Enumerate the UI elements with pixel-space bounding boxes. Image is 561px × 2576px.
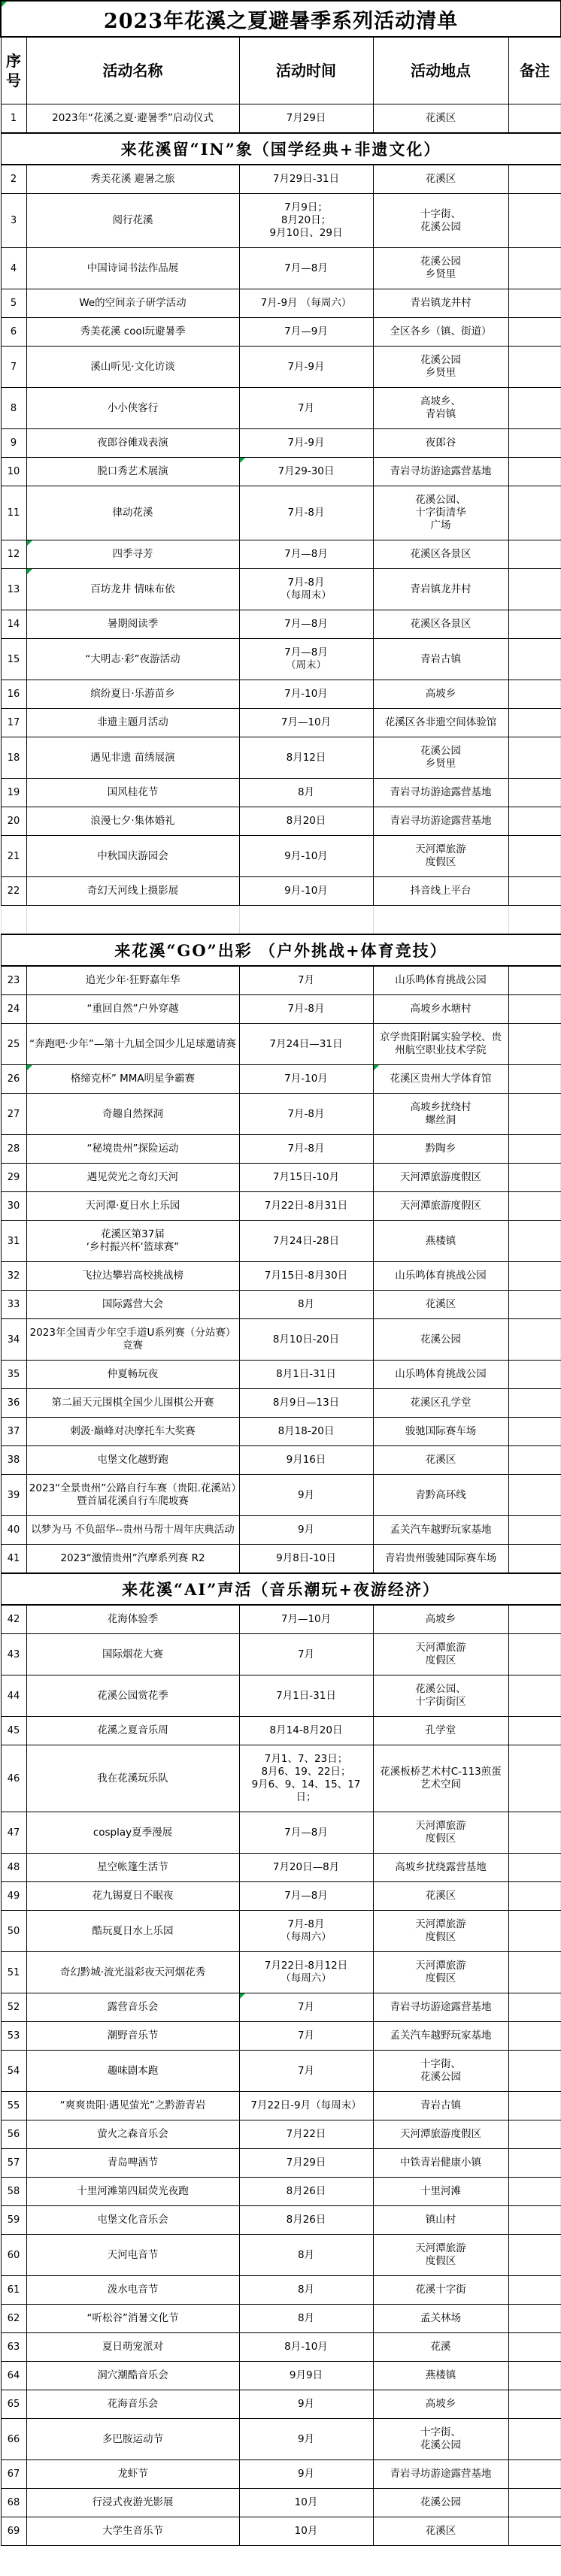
cell-place: 高坡乡 (373, 1605, 508, 1634)
section-header-row: 来花溪留“IN”象（国学经典+非遗文化） (1, 133, 561, 165)
cell-note (508, 2022, 561, 2051)
cell-no: 3 (1, 194, 26, 248)
cell-place: 高坡乡 (373, 2390, 508, 2419)
cell-time: 8月 (239, 779, 373, 807)
table-row: 25“奔跑吧·少年”—第十九届全国少儿足球邀请赛7月24日—31日京学贵阳附属实… (1, 1024, 561, 1065)
cell-name: 国际烟花大赛 (26, 1634, 239, 1675)
cell-place: 青黔高环线 (373, 1475, 508, 1516)
cell-place: 青岩寻坊游途露营基地 (373, 1993, 508, 2022)
cell-place: 山乐鸣体育挑战公园 (373, 1262, 508, 1291)
table-row: 49花九锡夏日不眠夜7月—8月花溪区 (1, 1882, 561, 1911)
cell-name: 中国诗词书法作品展 (26, 248, 239, 289)
cell-name: 花海体验季 (26, 1605, 239, 1634)
cell-time: 7月 (239, 1634, 373, 1675)
cell-no: 9 (1, 429, 26, 458)
cell-name: 青岛啤酒节 (26, 2149, 239, 2178)
cell-place: 花溪区 (373, 165, 508, 194)
cell-note (508, 2419, 561, 2460)
cell-note (508, 1854, 561, 1882)
cell-note (508, 680, 561, 709)
cell-no: 48 (1, 1854, 26, 1882)
table-row: 67龙虾节9月青岩寻坊游途露营基地 (1, 2460, 561, 2489)
cell-note (508, 1475, 561, 1516)
cell-no: 27 (1, 1094, 26, 1135)
cell-time: 7月-9月 （每周六） (239, 289, 373, 318)
cell-place: 高坡乡、 青岩镇 (373, 388, 508, 429)
table-row: 53潮野音乐节7月孟关汽车越野玩家基地 (1, 2022, 561, 2051)
cell-place: 青岩镇龙井村 (373, 569, 508, 610)
cell-time: 7月—10月 (239, 709, 373, 737)
cell-note (508, 248, 561, 289)
cell-name: 十里河滩第四届荧光夜跑 (26, 2178, 239, 2206)
cell-note (508, 2149, 561, 2178)
cell-name: 屯堡文化越野跑 (26, 1446, 239, 1475)
cell-note (508, 318, 561, 347)
cell-time: 7月—8月 （周末） (239, 639, 373, 680)
cell-name: 缤纷夏日·乐游苗乡 (26, 680, 239, 709)
cell-time: 8月20日 (239, 807, 373, 836)
cell-name: 酷玩夏日水上乐园 (26, 1911, 239, 1952)
cell-name: 小小侠客行 (26, 388, 239, 429)
cell-place: 花溪公园 乡贤里 (373, 248, 508, 289)
column-header-place: 活动地点 (373, 37, 508, 104)
cell-time: 7月 (239, 1993, 373, 2022)
cell-name: 国际露营大会 (26, 1291, 239, 1319)
cell-no: 53 (1, 2022, 26, 2051)
section-header: 来花溪“AI”声活（音乐潮玩+夜游经济） (1, 1573, 561, 1605)
cell-no: 28 (1, 1135, 26, 1164)
cell-name: 天河电音节 (26, 2235, 239, 2276)
cell-note (508, 2489, 561, 2517)
table-row: 392023“全景贵州”公路自行车赛（贵阳.花溪站）暨首届花溪自行车爬坡赛9月青… (1, 1475, 561, 1516)
cell-place: 天河潭旅游 度假区 (373, 1911, 508, 1952)
table-row: 44花溪公园赏花季7月1日-31日花溪公园、 十字街街区 (1, 1675, 561, 1717)
cell-name: 遇见荧光之奇幻天河 (26, 1164, 239, 1192)
cell-time: 9月 (239, 1475, 373, 1516)
cell-place: 花溪区 (373, 2517, 508, 2546)
cell-no: 65 (1, 2390, 26, 2419)
table-row: 40以梦为马 不负韶华--贵州马帮十周年庆典活动9月孟关汽车越野玩家基地 (1, 1516, 561, 1545)
cell-place: 黔陶乡 (373, 1135, 508, 1164)
cell-name: “大明志·彩”夜游活动 (26, 639, 239, 680)
comment-flag-icon (27, 540, 32, 546)
cell-no: 37 (1, 1418, 26, 1446)
cell-no: 42 (1, 1605, 26, 1634)
cell-no: 38 (1, 1446, 26, 1475)
comment-flag-icon (27, 1065, 32, 1070)
cell-note (508, 1319, 561, 1361)
cell-place: 花溪公园 乡贤里 (373, 737, 508, 779)
cell-note (508, 1361, 561, 1389)
cell-note (508, 165, 561, 194)
cell-no: 40 (1, 1516, 26, 1545)
cell-place: 孟关汽车越野玩家基地 (373, 1516, 508, 1545)
cell-time: 10月 (239, 2517, 373, 2546)
comment-flag-icon (240, 458, 245, 463)
section-header-row: 来花溪“AI”声活（音乐潮玩+夜游经济） (1, 1573, 561, 1605)
cell-no: 66 (1, 2419, 26, 2460)
cell-place: 青岩寻坊游途露营基地 (373, 2460, 508, 2489)
cell-name: 奇趣自然探洞 (26, 1094, 239, 1135)
cell-name: 暑期阅读季 (26, 610, 239, 639)
cell-place: 天河潭旅游 度假区 (373, 2235, 508, 2276)
cell-time: 7月1日-31日 (239, 1675, 373, 1717)
spacer-cell (239, 906, 373, 935)
cell-no: 13 (1, 569, 26, 610)
cell-time: 8月 (239, 2235, 373, 2276)
cell-place: 青岩寻坊游途露营基地 (373, 779, 508, 807)
cell-name: 2023年“花溪之夏·避暑季”启动仪式 (26, 104, 239, 134)
cell-name: 2023“全景贵州”公路自行车赛（贵阳.花溪站）暨首届花溪自行车爬坡赛 (26, 1475, 239, 1516)
cell-no: 17 (1, 709, 26, 737)
table-row: 50酷玩夏日水上乐园7月-8月 （每周六）天河潭旅游 度假区 (1, 1911, 561, 1952)
cell-name: 夏日萌宠派对 (26, 2333, 239, 2362)
cell-name: 格缔克杯” MMA明星争霸赛 (26, 1065, 239, 1094)
cell-time: 9月-10月 (239, 836, 373, 877)
cell-no: 4 (1, 248, 26, 289)
activity-table-body: 2023年花溪之夏避暑季系列活动清单 序号 活动名称 活动时间 活动地点 备注 … (1, 1, 561, 2546)
cell-name: 花溪之夏音乐周 (26, 1717, 239, 1745)
activity-table: 2023年花溪之夏避暑季系列活动清单 序号 活动名称 活动时间 活动地点 备注 … (0, 0, 561, 2546)
cell-note (508, 995, 561, 1024)
comment-flag-icon (374, 1065, 379, 1070)
cell-time: 7月24日-28日 (239, 1221, 373, 1262)
cell-place: 高坡乡扰绕村 螺丝洞 (373, 1094, 508, 1135)
cell-no: 62 (1, 2305, 26, 2333)
cell-note (508, 610, 561, 639)
table-row: 22奇幻天河线上摄影展9月-10月抖音线上平台 (1, 877, 561, 906)
cell-name: 星空帐篷生活节 (26, 1854, 239, 1882)
cell-name: 阅行花溪 (26, 194, 239, 248)
cell-time: 7月29日 (239, 104, 373, 134)
cell-place: 中铁青岩健康小镇 (373, 2149, 508, 2178)
cell-place: 花溪区贵州大学体育馆 (373, 1065, 508, 1094)
cell-name: 以梦为马 不负韶华--贵州马帮十周年庆典活动 (26, 1516, 239, 1545)
cell-name: 奇幻黔城·流光溢彩夜天河烟花秀 (26, 1952, 239, 1993)
table-row: 4中国诗词书法作品展7月—8月花溪公园 乡贤里 (1, 248, 561, 289)
cell-place: 天河潭旅游 度假区 (373, 1952, 508, 1993)
cell-place: 花溪公园、 十字街清华 广场 (373, 486, 508, 540)
table-row: 58十里河滩第四届荧光夜跑8月26日十里河滩 (1, 2178, 561, 2206)
cell-time: 7月 (239, 388, 373, 429)
cell-time: 7月22日-8月31日 (239, 1192, 373, 1221)
cell-note (508, 639, 561, 680)
cell-time: 7月-8月 (239, 1094, 373, 1135)
cell-no: 54 (1, 2051, 26, 2092)
table-row: 28“秘境贵州”探险运动7月-8月黔陶乡 (1, 1135, 561, 1164)
cell-place: 天河潭旅游度假区 (373, 1164, 508, 1192)
cell-no: 26 (1, 1065, 26, 1094)
cell-time: 8月26日 (239, 2206, 373, 2235)
cell-time: 7月9日； 8月20日； 9月10日、29日 (239, 194, 373, 248)
table-row: 37刺汲·巅峰对决摩托车大奖赛8月18-20日骏驰国际赛车场 (1, 1418, 561, 1446)
cell-name: 奇幻天河线上摄影展 (26, 877, 239, 906)
comment-flag-icon (2, 2, 7, 7)
cell-note (508, 2092, 561, 2120)
cell-no: 61 (1, 2276, 26, 2305)
cell-time: 7月15日-8月30日 (239, 1262, 373, 1291)
cell-place: 十字街、 花溪公园 (373, 194, 508, 248)
cell-note (508, 2206, 561, 2235)
table-row: 2秀美花溪 避暑之旅7月29日-31日花溪区 (1, 165, 561, 194)
cell-note (508, 1192, 561, 1221)
cell-no: 24 (1, 995, 26, 1024)
spreadsheet: 2023年花溪之夏避暑季系列活动清单 序号 活动名称 活动时间 活动地点 备注 … (0, 0, 561, 2546)
cell-no: 59 (1, 2206, 26, 2235)
cell-no: 5 (1, 289, 26, 318)
table-row: 60天河电音节8月天河潭旅游 度假区 (1, 2235, 561, 2276)
cell-no: 30 (1, 1192, 26, 1221)
column-header-note: 备注 (508, 37, 561, 104)
cell-name: 行浸式夜游光影展 (26, 2489, 239, 2517)
table-row: 342023年全国青少年空手道U系列赛（分站赛）竞赛8月10日-20日花溪公园 (1, 1319, 561, 1361)
cell-no: 21 (1, 836, 26, 877)
cell-note (508, 1024, 561, 1065)
cell-note (508, 1675, 561, 1717)
cell-note (508, 194, 561, 248)
cell-place: 抖音线上平台 (373, 877, 508, 906)
cell-name: 花溪公园赏花季 (26, 1675, 239, 1717)
cell-name: 中秋国庆游园会 (26, 836, 239, 877)
cell-no: 33 (1, 1291, 26, 1319)
table-row: 15“大明志·彩”夜游活动7月—8月 （周末）青岩古镇 (1, 639, 561, 680)
cell-name: 花九锡夏日不眠夜 (26, 1882, 239, 1911)
cell-note (508, 486, 561, 540)
table-row: 14暑期阅读季7月—8月花溪区各景区 (1, 610, 561, 639)
cell-name: “听松谷”消暑文化节 (26, 2305, 239, 2333)
cell-time: 9月 (239, 2460, 373, 2489)
cell-no: 68 (1, 2489, 26, 2517)
comment-flag-icon (240, 1993, 245, 1999)
spacer-cell (1, 906, 26, 935)
cell-time: 7月1、7、23日； 8月6、19、22日； 9月6、9、14、15、17日； (239, 1745, 373, 1812)
cell-note (508, 2333, 561, 2362)
cell-note (508, 2305, 561, 2333)
page-title: 2023年花溪之夏避暑季系列活动清单 (1, 1, 561, 37)
table-row: 13百坊龙井 情味布依7月-8月 （每周末）青岩镇龙井村 (1, 569, 561, 610)
cell-name: 仲夏畅玩夜 (26, 1361, 239, 1389)
cell-place: 山乐鸣体育挑战公园 (373, 966, 508, 995)
cell-place: 高坡乡水塘村 (373, 995, 508, 1024)
table-row: 62“听松谷”消暑文化节8月孟关林场 (1, 2305, 561, 2333)
cell-no: 34 (1, 1319, 26, 1361)
cell-time: 7月-8月 (239, 995, 373, 1024)
cell-no: 23 (1, 966, 26, 995)
cell-name: “奔跑吧·少年”—第十九届全国少儿足球邀请赛 (26, 1024, 239, 1065)
cell-name: 国风桂花节 (26, 779, 239, 807)
cell-place: 镇山村 (373, 2206, 508, 2235)
cell-name: 秀美花溪 避暑之旅 (26, 165, 239, 194)
cell-name: 溪山听见·文化访谈 (26, 347, 239, 388)
cell-time: 8月 (239, 1291, 373, 1319)
cell-time: 7月 (239, 2051, 373, 2092)
cell-time: 10月 (239, 2489, 373, 2517)
cell-note (508, 1262, 561, 1291)
cell-name: 萤火之森音乐会 (26, 2120, 239, 2149)
cell-no: 32 (1, 1262, 26, 1291)
cell-no: 49 (1, 1882, 26, 1911)
cell-time: 8月14-8月20日 (239, 1717, 373, 1745)
column-header-row: 序号 活动名称 活动时间 活动地点 备注 (1, 37, 561, 104)
table-row: 55“爽爽贵阳·遇见萤光”之黔游青岩7月22日-9月（每周末）青岩古镇 (1, 2092, 561, 2120)
cell-note (508, 1993, 561, 2022)
cell-note (508, 877, 561, 906)
table-row: 35仲夏畅玩夜8月1日-31日山乐鸣体育挑战公园 (1, 1361, 561, 1389)
cell-no: 8 (1, 388, 26, 429)
cell-no: 15 (1, 639, 26, 680)
table-row: 30天河潭·夏日水上乐园7月22日-8月31日天河潭旅游度假区 (1, 1192, 561, 1221)
cell-note (508, 2460, 561, 2489)
column-header-time: 活动时间 (239, 37, 373, 104)
cell-note (508, 779, 561, 807)
table-row: 68行浸式夜游光影展10月花溪公园 (1, 2489, 561, 2517)
table-row: 412023“激情贵州”汽摩系列赛 R29月8日-10日青岩贵州骏驰国际赛车场 (1, 1545, 561, 1574)
cell-place: 燕楼镇 (373, 2362, 508, 2390)
table-row: 29遇见荧光之奇幻天河7月15日-10月天河潭旅游度假区 (1, 1164, 561, 1192)
cell-no: 46 (1, 1745, 26, 1812)
column-header-no: 序号 (1, 37, 26, 104)
cell-time: 8月26日 (239, 2178, 373, 2206)
cell-name: “秘境贵州”探险运动 (26, 1135, 239, 1164)
cell-time: 7月-8月 (239, 1135, 373, 1164)
table-row: 54趣味剧本跑7月十字街、 花溪公园 (1, 2051, 561, 2092)
section-header: 来花溪留“IN”象（国学经典+非遗文化） (1, 133, 561, 165)
cell-time: 7月20日—8月 (239, 1854, 373, 1882)
cell-place: 花溪公园 (373, 2489, 508, 2517)
cell-time: 7月—10月 (239, 1605, 373, 1634)
cell-place: 全区各乡（镇、街道） (373, 318, 508, 347)
cell-no: 41 (1, 1545, 26, 1574)
cell-note (508, 1516, 561, 1545)
cell-no: 35 (1, 1361, 26, 1389)
cell-time: 8月-10月 (239, 2333, 373, 2362)
cell-note (508, 1221, 561, 1262)
cell-no: 43 (1, 1634, 26, 1675)
table-row: 23追光少年·狂野嘉年华7月山乐鸣体育挑战公园 (1, 966, 561, 995)
cell-no: 56 (1, 2120, 26, 2149)
cell-name: 第二届天元围棋全国少儿围棋公开赛 (26, 1389, 239, 1418)
cell-place: 天河潭旅游 度假区 (373, 1634, 508, 1675)
cell-no: 57 (1, 2149, 26, 2178)
spacer-cell (508, 906, 561, 935)
cell-no: 67 (1, 2460, 26, 2489)
table-row: 69大学生音乐节10月花溪区 (1, 2517, 561, 2546)
cell-name: 脱口秀艺术展演 (26, 458, 239, 486)
column-header-name: 活动名称 (26, 37, 239, 104)
cell-time: 7月-10月 (239, 1065, 373, 1094)
cell-no: 60 (1, 2235, 26, 2276)
cell-note (508, 1065, 561, 1094)
cell-note (508, 1094, 561, 1135)
cell-name: 秀美花溪 cool玩避暑季 (26, 318, 239, 347)
table-row: 56萤火之森音乐会7月22日天河潭旅游度假区 (1, 2120, 561, 2149)
table-row: 57青岛啤酒节7月29日中铁青岩健康小镇 (1, 2149, 561, 2178)
cell-place: 花溪区 (373, 1446, 508, 1475)
cell-no: 44 (1, 1675, 26, 1717)
cell-place: 十字街、 花溪公园 (373, 2051, 508, 2092)
cell-note (508, 2362, 561, 2390)
cell-name: 屯堡文化音乐会 (26, 2206, 239, 2235)
cell-no: 16 (1, 680, 26, 709)
page-title-text: 2023年花溪之夏避暑季系列活动清单 (104, 10, 458, 33)
cell-place: 孟关汽车越野玩家基地 (373, 2022, 508, 2051)
table-row: 18遇见非遗 苗绣展演8月12日花溪公园 乡贤里 (1, 737, 561, 779)
table-row: 31花溪区第37届 ‘乡村振兴杯’篮球赛”7月24日-28日燕楼镇 (1, 1221, 561, 1262)
cell-note (508, 1952, 561, 1993)
cell-name: 多巴胺运动节 (26, 2419, 239, 2460)
cell-time: 9月-10月 (239, 877, 373, 906)
spacer-cell (26, 906, 239, 935)
cell-note (508, 1812, 561, 1854)
cell-place: 花溪公园 (373, 1319, 508, 1361)
table-row: 66多巴胺运动节9月十字街、 花溪公园 (1, 2419, 561, 2460)
spacer-row (1, 906, 561, 935)
cell-time: 9月 (239, 2419, 373, 2460)
table-row: 3阅行花溪7月9日； 8月20日； 9月10日、29日十字街、 花溪公园 (1, 194, 561, 248)
cell-name: “重回自然”户外穿越 (26, 995, 239, 1024)
table-row: 11律动花溪7月-8月花溪公园、 十字街清华 广场 (1, 486, 561, 540)
table-row: 9夜郎谷傩戏表演7月-9月夜郎谷 (1, 429, 561, 458)
cell-no: 31 (1, 1221, 26, 1262)
table-row: 45花溪之夏音乐周8月14-8月20日孔学堂 (1, 1717, 561, 1745)
cell-note (508, 569, 561, 610)
cell-no: 1 (1, 104, 26, 134)
cell-note (508, 429, 561, 458)
table-row: 32飞拉达攀岩高校挑战榜7月15日-8月30日山乐鸣体育挑战公园 (1, 1262, 561, 1291)
table-row: 16缤纷夏日·乐游苗乡7月-10月高坡乡 (1, 680, 561, 709)
cell-time: 7月—8月 (239, 1882, 373, 1911)
table-row: 7溪山听见·文化访谈7月-9月花溪公园 乡贤里 (1, 347, 561, 388)
cell-place: 京学贵阳附属实验学校、贵州航空职业技术学院 (373, 1024, 508, 1065)
cell-note (508, 836, 561, 877)
table-row: 42花海体验季7月—10月高坡乡 (1, 1605, 561, 1634)
cell-time: 7月—9月 (239, 318, 373, 347)
cell-time: 8月 (239, 2276, 373, 2305)
cell-place: 高坡乡 (373, 680, 508, 709)
cell-place: 燕楼镇 (373, 1221, 508, 1262)
cell-place: 花溪 (373, 2333, 508, 2362)
cell-place: 花溪十字街 (373, 2276, 508, 2305)
cell-time: 7月-9月 (239, 429, 373, 458)
table-row: 6秀美花溪 cool玩避暑季7月—9月全区各乡（镇、街道） (1, 318, 561, 347)
cell-place: 山乐鸣体育挑战公园 (373, 1361, 508, 1389)
cell-place: 青岩镇龙井村 (373, 289, 508, 318)
cell-place: 十字街、 花溪公园 (373, 2419, 508, 2460)
cell-no: 25 (1, 1024, 26, 1065)
cell-no: 39 (1, 1475, 26, 1516)
cell-note (508, 1291, 561, 1319)
cell-time: 7月 (239, 966, 373, 995)
cell-name: 我在花溪玩乐队 (26, 1745, 239, 1812)
cell-note (508, 1389, 561, 1418)
table-row: 61泼水电音节8月花溪十字街 (1, 2276, 561, 2305)
cell-note (508, 540, 561, 569)
cell-name: We的空间亲子研学活动 (26, 289, 239, 318)
cell-note (508, 2120, 561, 2149)
cell-place: 天河潭旅游 度假区 (373, 1812, 508, 1854)
cell-place: 青岩寻坊游途露营基地 (373, 458, 508, 486)
cell-time: 8月10日-20日 (239, 1319, 373, 1361)
cell-place: 花溪区孔学堂 (373, 1389, 508, 1418)
cell-name: 天河潭·夏日水上乐园 (26, 1192, 239, 1221)
cell-time: 7月-8月 (239, 486, 373, 540)
table-row: 59屯堡文化音乐会8月26日镇山村 (1, 2206, 561, 2235)
cell-no: 58 (1, 2178, 26, 2206)
table-row: 51奇幻黔城·流光溢彩夜天河烟花秀7月22日-8月12日 （每周六）天河潭旅游 … (1, 1952, 561, 1993)
table-row: 17非遗主题月活动7月—10月花溪区各非遗空间体验馆 (1, 709, 561, 737)
cell-name: 刺汲·巅峰对决摩托车大奖赛 (26, 1418, 239, 1446)
cell-name: “爽爽贵阳·遇见萤光”之黔游青岩 (26, 2092, 239, 2120)
